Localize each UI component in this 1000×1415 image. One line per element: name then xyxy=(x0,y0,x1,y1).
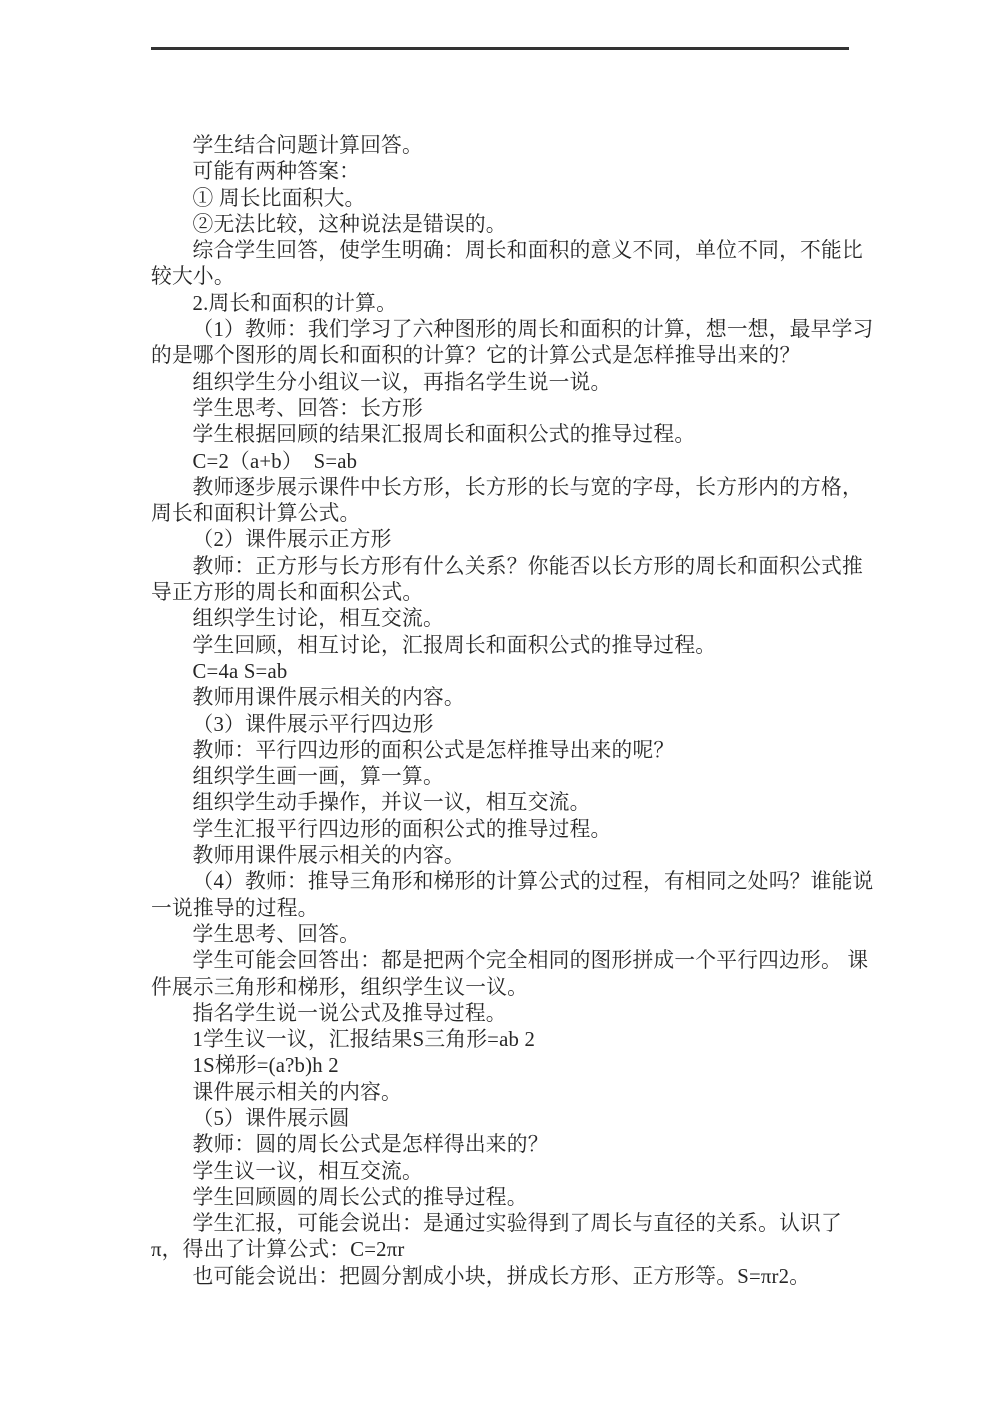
text-line: 教师：圆的周长公式是怎样得出来的？ xyxy=(151,1132,867,1158)
text-line: 件展示三角形和梯形，组织学生议一议。 xyxy=(151,975,867,1001)
text-line: 2.周长和面积的计算。 xyxy=(151,291,867,317)
text-line: 教师用课件展示相关的内容。 xyxy=(151,685,867,711)
text-line: 教师：正方形与长方形有什么关系？你能否以长方形的周长和面积公式推 xyxy=(151,554,867,580)
text-line: ②无法比较，这种说法是错误的。 xyxy=(151,212,867,238)
text-line: C=4a S=ab xyxy=(151,659,867,685)
text-line: 学生思考、回答：长方形 xyxy=(151,396,867,422)
text-line: 学生思考、回答。 xyxy=(151,922,867,948)
text-line: （4）教师：推导三角形和梯形的计算公式的过程，有相同之处吗？谁能说 xyxy=(151,869,867,895)
text-line: 教师用课件展示相关的内容。 xyxy=(151,843,867,869)
text-line: 一说推导的过程。 xyxy=(151,896,867,922)
text-line: 1S梯形=(a?b)h 2 xyxy=(151,1053,867,1079)
text-line: 综合学生回答，使学生明确：周长和面积的意义不同，单位不同，不能比 xyxy=(151,238,867,264)
text-line: 学生回顾圆的周长公式的推导过程。 xyxy=(151,1185,867,1211)
text-line: 组织学生画一画，算一算。 xyxy=(151,764,867,790)
text-line: 组织学生讨论，相互交流。 xyxy=(151,606,867,632)
header-rule xyxy=(151,47,849,50)
text-line: 学生议一议，相互交流。 xyxy=(151,1159,867,1185)
text-line: 组织学生分小组议一议，再指名学生说一说。 xyxy=(151,370,867,396)
text-line: 学生根据回顾的结果汇报周长和面积公式的推导过程。 xyxy=(151,422,867,448)
text-line: π，得出了计算公式：C=2πr xyxy=(151,1237,867,1263)
text-line: 导正方形的周长和面积公式。 xyxy=(151,580,867,606)
text-line: 也可能会说出：把圆分割成小块，拼成长方形、正方形等。S=πr2。 xyxy=(151,1264,867,1290)
text-line: ① 周长比面积大。 xyxy=(151,186,867,212)
text-line: C=2（a+b） S=ab xyxy=(151,449,867,475)
text-line: 较大小。 xyxy=(151,264,867,290)
text-line: （2）课件展示正方形 xyxy=(151,527,867,553)
text-line: 学生汇报，可能会说出：是通过实验得到了周长与直径的关系。认识了 xyxy=(151,1211,867,1237)
text-line: 1学生议一议，汇报结果S三角形=ab 2 xyxy=(151,1027,867,1053)
text-line: 课件展示相关的内容。 xyxy=(151,1080,867,1106)
text-line: 的是哪个图形的周长和面积的计算？它的计算公式是怎样推导出来的？ xyxy=(151,343,867,369)
text-line: （5）课件展示圆 xyxy=(151,1106,867,1132)
text-line: 学生结合问题计算回答。 xyxy=(151,133,867,159)
text-line: 教师：平行四边形的面积公式是怎样推导出来的呢？ xyxy=(151,738,867,764)
text-line: （1）教师：我们学习了六种图形的周长和面积的计算，想一想，最早学习 xyxy=(151,317,867,343)
text-line: 学生汇报平行四边形的面积公式的推导过程。 xyxy=(151,817,867,843)
text-line: 教师逐步展示课件中长方形，长方形的长与宽的字母，长方形内的方格， xyxy=(151,475,867,501)
text-line: 指名学生说一说公式及推导过程。 xyxy=(151,1001,867,1027)
text-line: 组织学生动手操作，并议一议，相互交流。 xyxy=(151,790,867,816)
text-line: （3）课件展示平行四边形 xyxy=(151,712,867,738)
text-line: 周长和面积计算公式。 xyxy=(151,501,867,527)
document-body: 学生结合问题计算回答。可能有两种答案：① 周长比面积大。②无法比较，这种说法是错… xyxy=(151,133,867,1290)
text-line: 学生回顾，相互讨论，汇报周长和面积公式的推导过程。 xyxy=(151,633,867,659)
text-line: 可能有两种答案： xyxy=(151,159,867,185)
text-line: 学生可能会回答出：都是把两个完全相同的图形拼成一个平行四边形。 课 xyxy=(151,948,867,974)
document-page: 学生结合问题计算回答。可能有两种答案：① 周长比面积大。②无法比较，这种说法是错… xyxy=(0,0,1000,1415)
